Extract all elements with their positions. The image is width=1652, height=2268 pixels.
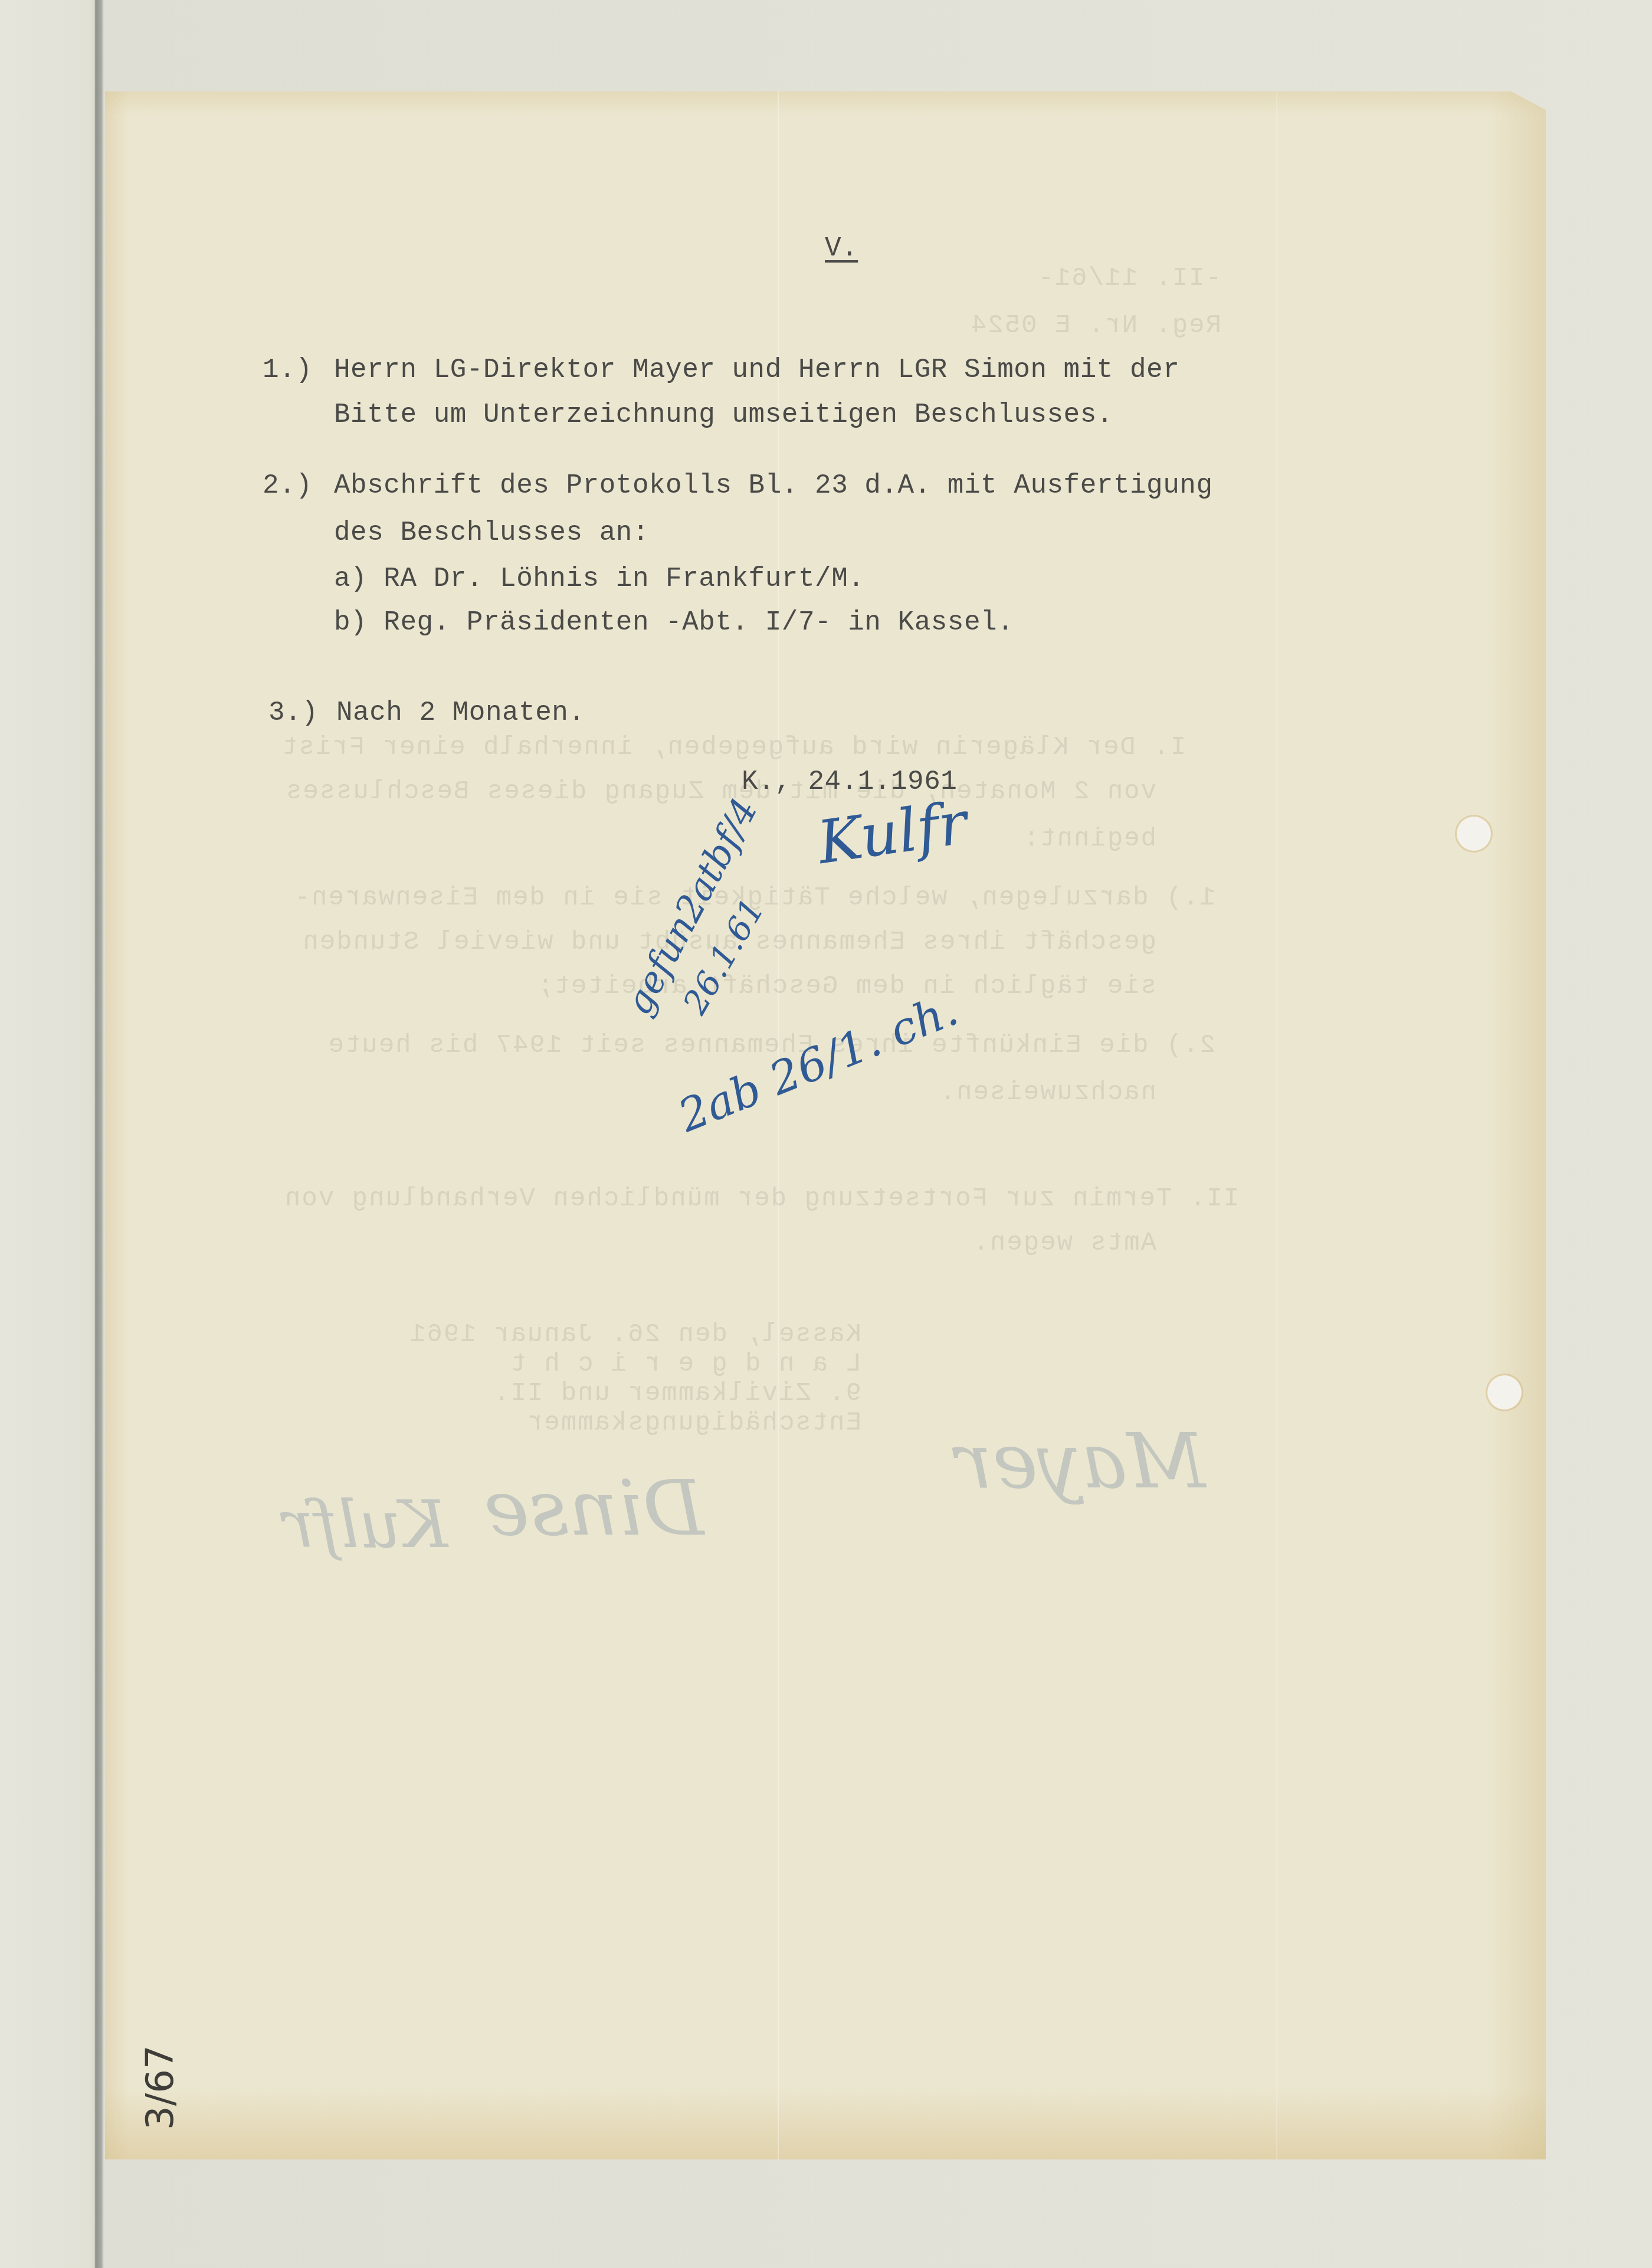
item-line: Herrn LG-Direktor Mayer und Herrn LGR Si… [334, 356, 1179, 384]
ghost-signature: Kulfr [283, 1487, 448, 1562]
bleed-footer-line: L a n d g e r i c h t [510, 1351, 862, 1377]
recipient-a: a) RA Dr. Löhnis in Frankfurt/M. [334, 565, 864, 592]
bleed-footer-line: 9. Zivilkammer und II. [493, 1381, 861, 1407]
bleed-body-line: II. Termin zur Fortsetzung der mündliche… [284, 1186, 1239, 1212]
punch-hole-bottom [1487, 1375, 1522, 1410]
item-number: 3.) [268, 699, 318, 726]
ghost-signature: Mayer [956, 1416, 1205, 1506]
bleed-header-line: -II. 11/61- [1037, 266, 1221, 291]
item-number: 1.) [263, 356, 312, 384]
pencil-archive-mark: 3/67 [142, 2045, 179, 2130]
paper-fold-crease [1276, 91, 1277, 2159]
item-line: Nach 2 Monaten. [336, 699, 585, 726]
item-line: des Beschlusses an: [334, 519, 649, 546]
item-line: Abschrift des Protokolls Bl. 23 d.A. mit… [334, 472, 1213, 499]
bleed-header-line: Reg. Nr. E 0524 [970, 313, 1221, 339]
bleed-footer-line: Entschädigungskammer [526, 1410, 861, 1436]
bleed-body-line: I. Der Klägerin wird aufgegeben, innerha… [281, 735, 1186, 761]
recipient-b: b) Reg. Präsidenten -Abt. I/7- in Kassel… [334, 609, 1014, 636]
bleed-body-line: beginnt: [1022, 826, 1156, 852]
bleed-body-line: von 2 Monaten, die mit dem Zugang dieses… [285, 779, 1156, 805]
item-number: 2.) [263, 472, 312, 499]
bleed-body-line: nachzuweisen. [939, 1080, 1156, 1106]
punch-hole-top [1457, 817, 1491, 851]
bleed-body-line: Amts wegen. [972, 1230, 1156, 1256]
section-heading: V. [825, 235, 858, 262]
item-line: Bitte um Unterzeichnung umseitigen Besch… [334, 401, 1113, 428]
bleed-footer-line: Kassel, den 26. Januar 1961 [409, 1322, 861, 1348]
ghost-signature: Dinse [484, 1463, 704, 1553]
place-date: K., 24.1.1961 [742, 768, 957, 795]
